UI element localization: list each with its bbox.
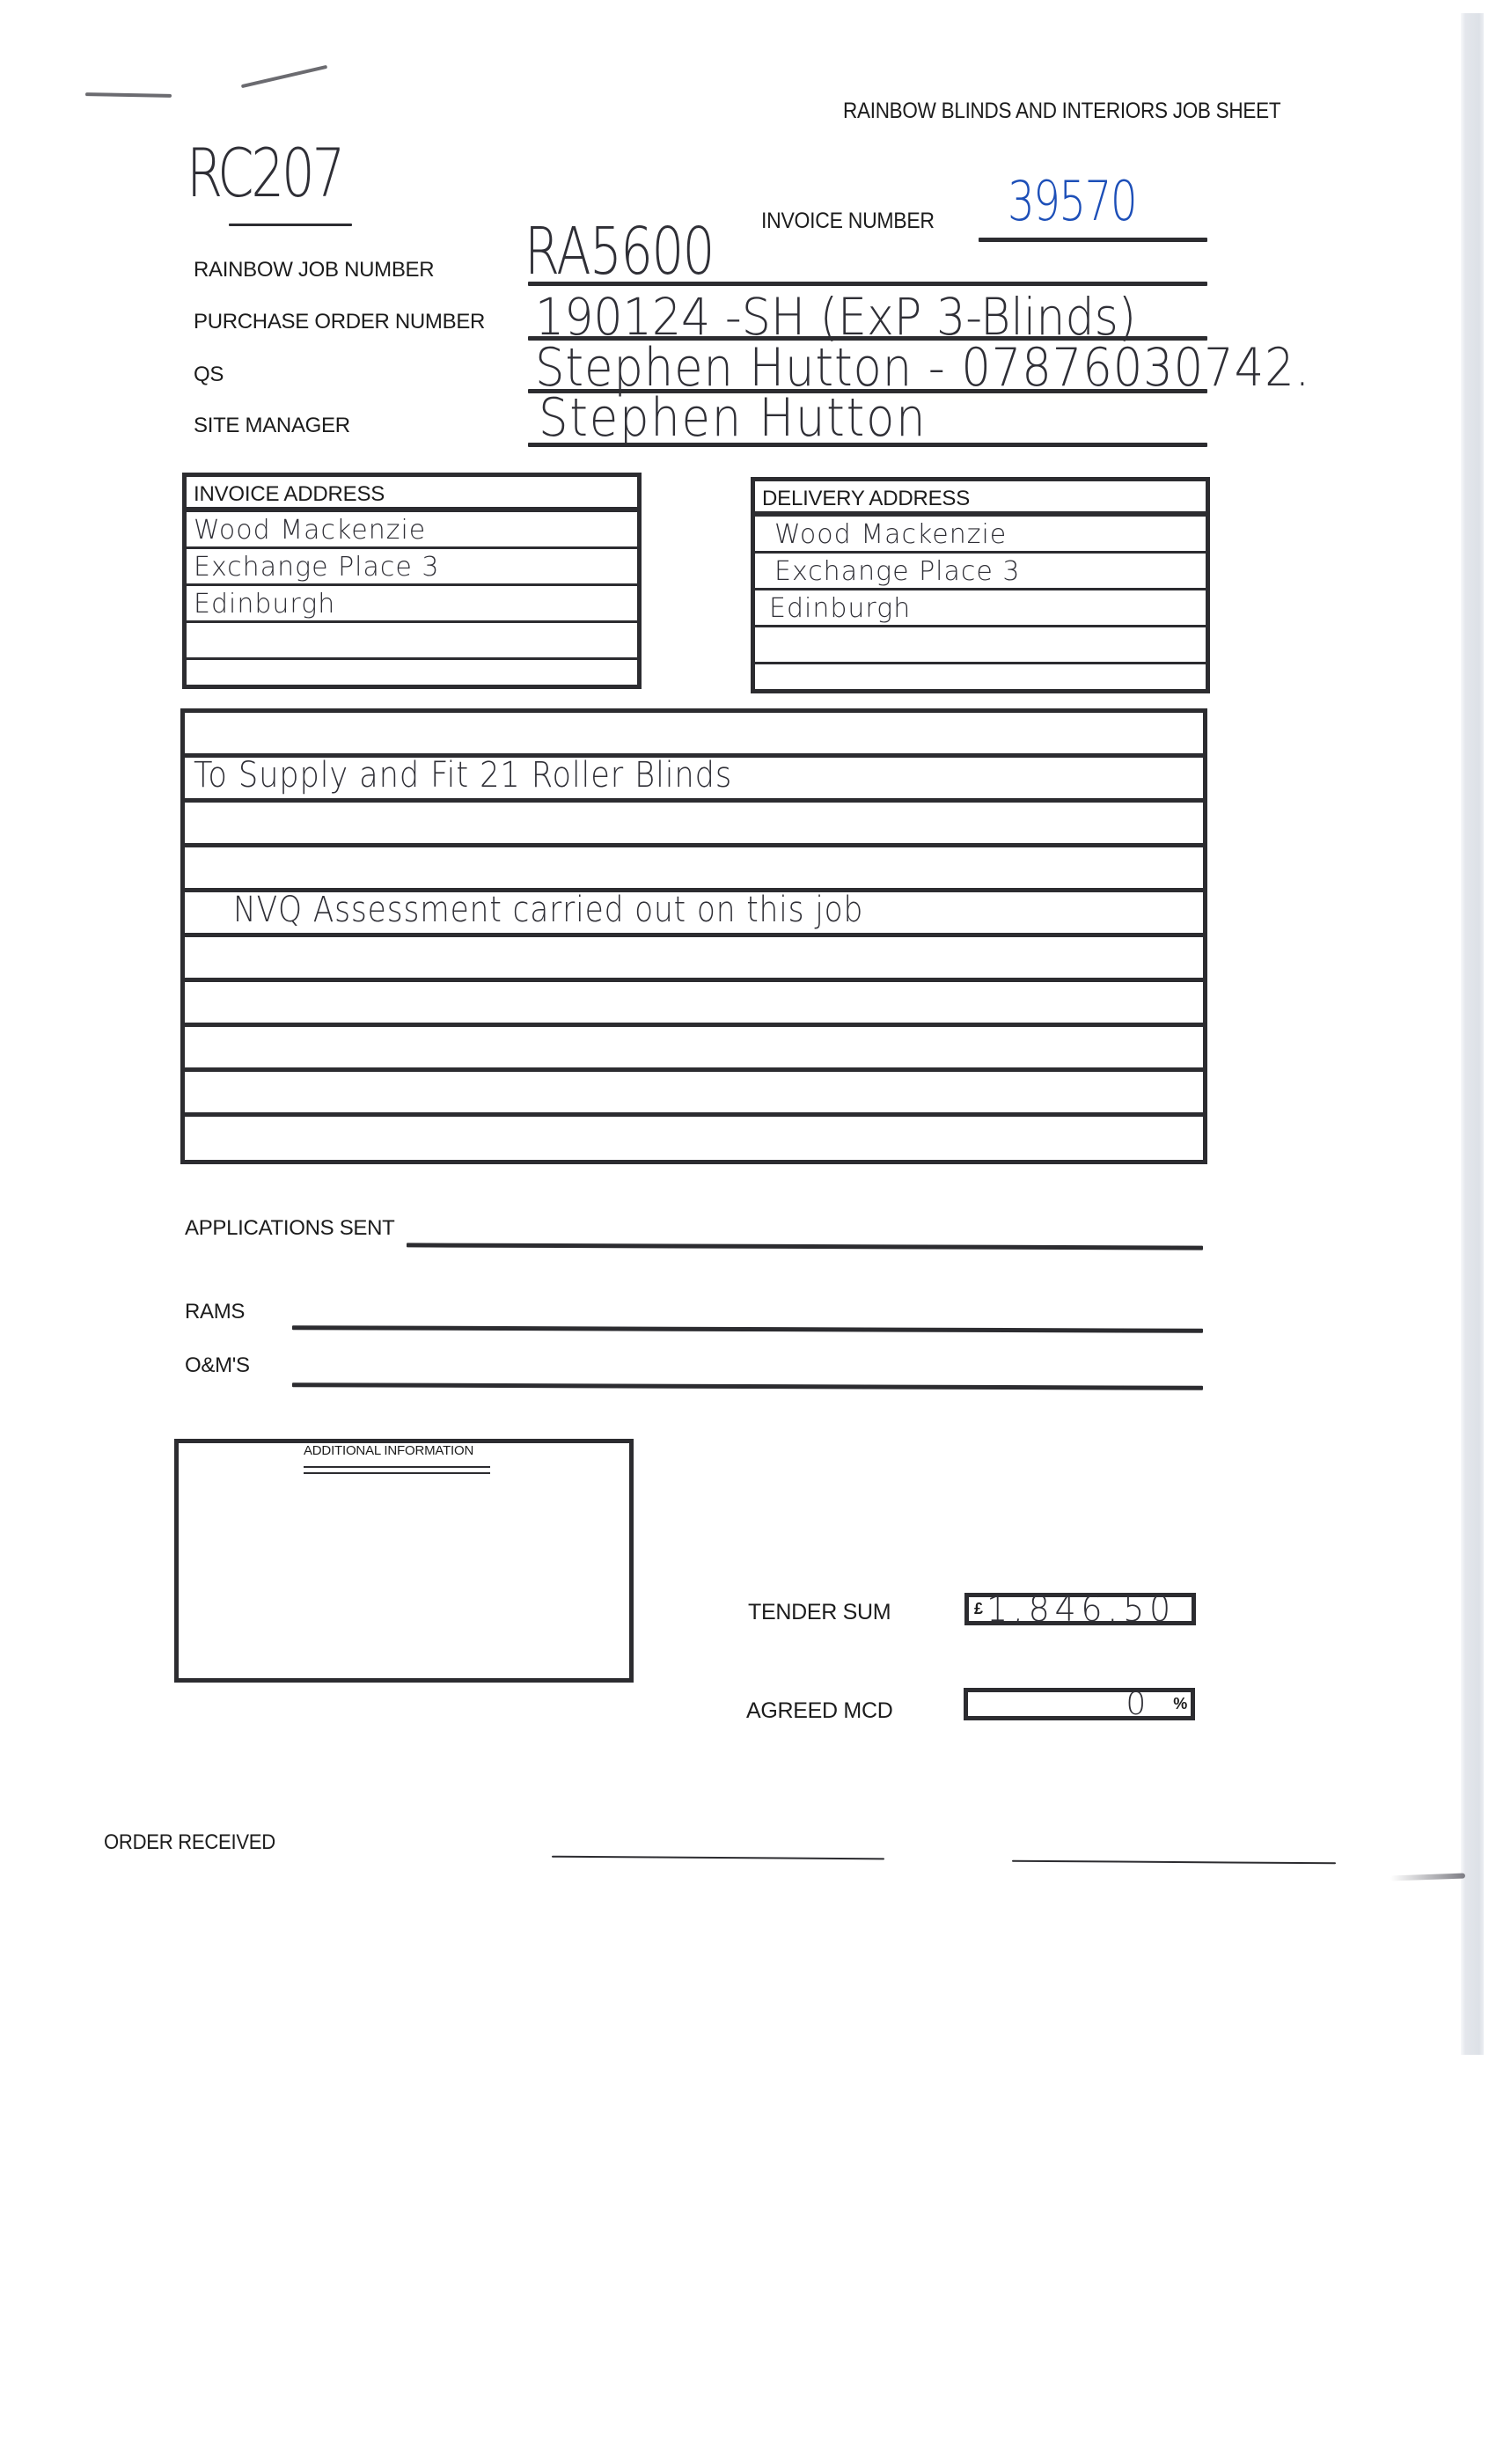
description-line[interactable]	[185, 1027, 1203, 1072]
agreed-mcd-box[interactable]: 0 %	[964, 1688, 1195, 1720]
additional-information-label: ADDITIONAL INFORMATION	[304, 1443, 473, 1458]
oms-label: O&M'S	[185, 1353, 250, 1378]
invoice-number-value[interactable]: 39570	[1008, 169, 1136, 233]
rainbow-job-number-label: RAINBOW JOB NUMBER	[194, 258, 434, 282]
page-fold-shadow	[1390, 1874, 1465, 1881]
purchase-order-number-label: PURCHASE ORDER NUMBER	[194, 310, 485, 334]
description-line[interactable]	[185, 982, 1203, 1027]
invoice-address-line[interactable]: Wood Mackenzie	[187, 512, 637, 549]
description-line[interactable]	[185, 1072, 1203, 1117]
invoice-number-underline	[979, 238, 1207, 242]
description-line[interactable]	[185, 937, 1203, 982]
agreed-mcd-value: 0	[1126, 1690, 1147, 1719]
delivery-address-line[interactable]: Edinburgh	[755, 590, 1206, 627]
agreed-mcd-label: AGREED MCD	[746, 1698, 892, 1724]
site-manager-label: SITE MANAGER	[194, 414, 350, 438]
invoice-address-line[interactable]	[187, 660, 637, 697]
description-line[interactable]: To Supply and Fit 21 Roller Blinds	[185, 758, 1203, 803]
qs-label: QS	[194, 363, 224, 387]
currency-symbol: £	[974, 1600, 983, 1618]
rams-label: RAMS	[185, 1300, 245, 1324]
tender-sum-box[interactable]: £ 1,846.50	[964, 1593, 1196, 1625]
scanner-edge-strip	[1461, 13, 1484, 2055]
description-line[interactable]: NVQ Assessment carried out on this job	[185, 892, 1203, 937]
rainbow-job-number-underline	[528, 282, 1207, 286]
reference-underline	[229, 224, 352, 226]
rams-field[interactable]	[292, 1302, 1203, 1327]
invoice-address-label: INVOICE ADDRESS	[187, 477, 637, 512]
invoice-address-box: INVOICE ADDRESS Wood Mackenzie Exchange …	[182, 473, 642, 689]
order-received-signature-1[interactable]	[552, 1834, 884, 1857]
tender-sum-label: TENDER SUM	[748, 1600, 891, 1625]
delivery-address-box: DELIVERY ADDRESS Wood Mackenzie Exchange…	[751, 477, 1210, 693]
tender-sum-value: 1,846.50	[986, 1595, 1176, 1624]
delivery-address-line[interactable]	[755, 664, 1206, 701]
site-manager-underline	[528, 443, 1207, 447]
pen-mark	[241, 65, 327, 88]
delivery-address-line[interactable]: Wood Mackenzie	[755, 517, 1206, 554]
invoice-number-label: INVOICE NUMBER	[761, 209, 935, 234]
applications-sent-field[interactable]	[407, 1221, 1203, 1246]
additional-information-box[interactable]: ADDITIONAL INFORMATION	[174, 1439, 634, 1683]
invoice-address-line[interactable]: Exchange Place 3	[187, 549, 637, 586]
description-line[interactable]	[185, 1117, 1203, 1162]
delivery-address-line[interactable]	[755, 627, 1206, 664]
pen-mark	[85, 92, 172, 98]
invoice-address-line[interactable]	[187, 623, 637, 660]
rainbow-job-number-value[interactable]: RA5600	[524, 214, 714, 290]
job-description-box: To Supply and Fit 21 Roller Blinds NVQ A…	[180, 708, 1207, 1164]
site-manager-value[interactable]: Stephen Hutton	[539, 387, 927, 449]
delivery-address-label: DELIVERY ADDRESS	[755, 481, 1206, 517]
document-title: RAINBOW BLINDS AND INTERIORS JOB SHEET	[843, 99, 1280, 124]
delivery-address-line[interactable]: Exchange Place 3	[755, 554, 1206, 590]
order-received-signature-2[interactable]	[1012, 1837, 1336, 1860]
reference-mark: RC207	[187, 134, 342, 212]
applications-sent-label: APPLICATIONS SENT	[185, 1216, 395, 1241]
description-line[interactable]	[185, 803, 1203, 847]
order-received-label: ORDER RECEIVED	[104, 1830, 275, 1855]
invoice-address-line[interactable]: Edinburgh	[187, 586, 637, 623]
percent-sign: %	[1173, 1695, 1187, 1713]
order-received-line-2	[1012, 1860, 1336, 1865]
oms-field[interactable]	[292, 1360, 1203, 1384]
additional-information-underline	[304, 1466, 490, 1474]
